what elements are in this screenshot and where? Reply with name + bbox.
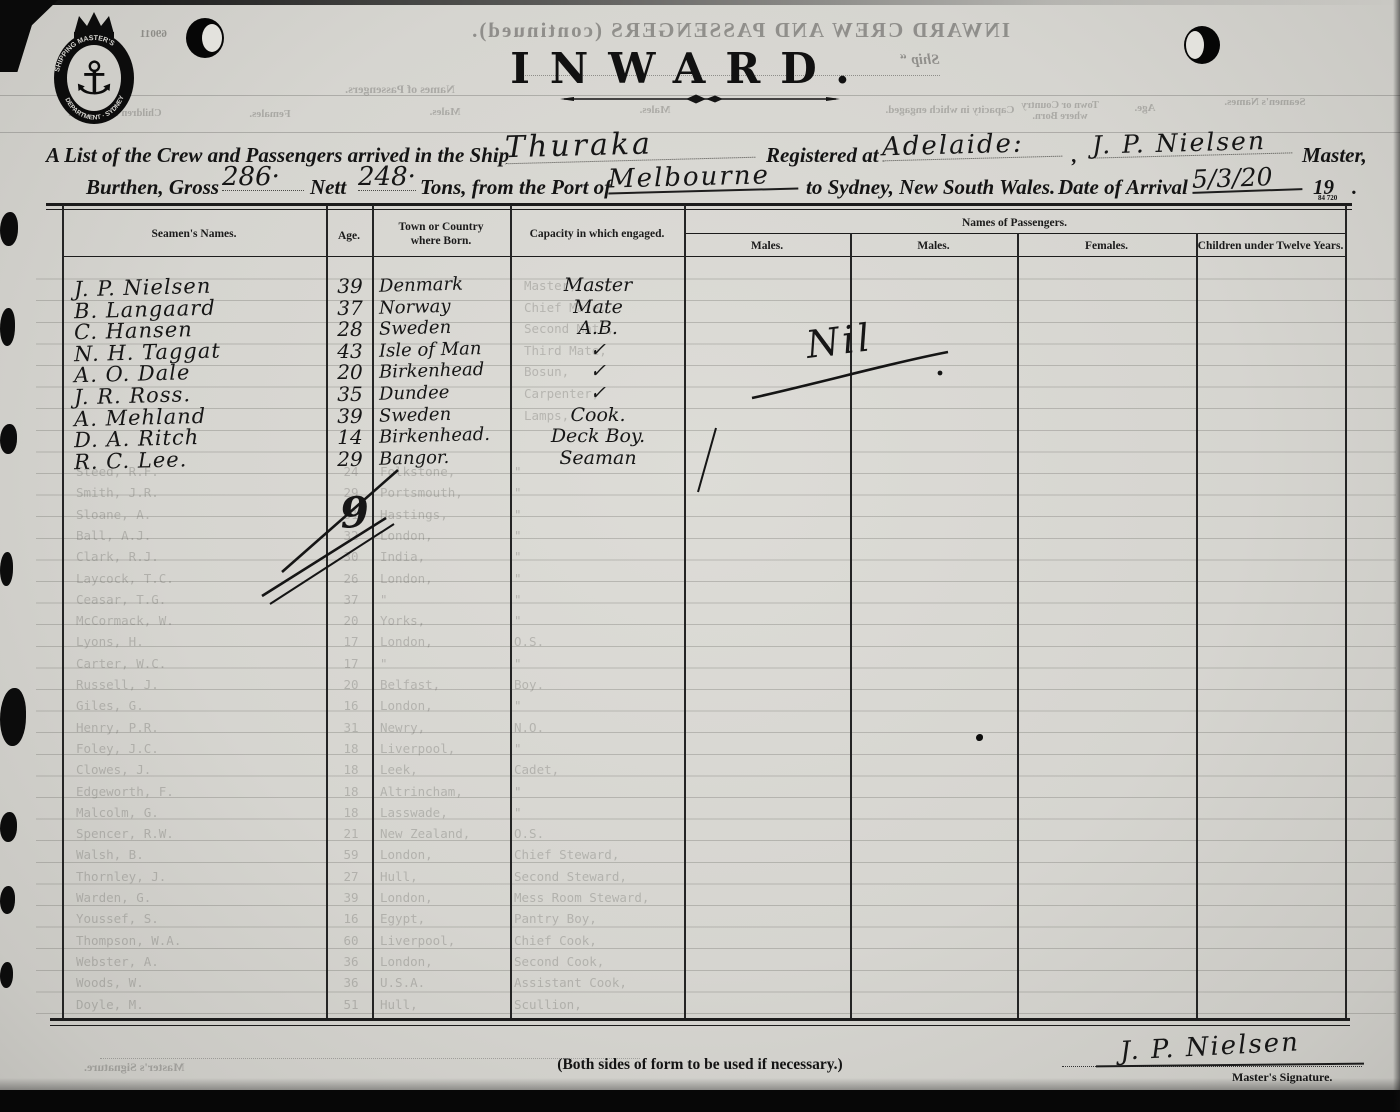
scan-edge-bottom (0, 1090, 1400, 1112)
handwriting-strokes (0, 0, 1400, 1112)
ink-blot-7 (0, 886, 15, 914)
bleed-signature-line (100, 1058, 640, 1059)
ink-speck (976, 734, 983, 741)
scan-edge-top (0, 0, 1400, 5)
manifest-document: INWARD CREW AND PASSENGERS (continued). … (0, 0, 1400, 1112)
scan-edge-right (1393, 0, 1400, 1112)
bleed-master-signature-label: Master's Signature. (84, 1060, 184, 1075)
ink-blot-2 (0, 308, 15, 346)
ink-blot-8 (0, 962, 13, 988)
ink-blot-1 (0, 212, 18, 246)
ink-blot-3 (0, 424, 17, 454)
ink-blot-4 (0, 552, 13, 586)
scan-edge-bottom-shadow (0, 1078, 1400, 1090)
ink-blot-6 (0, 812, 17, 842)
ink-blot-5 (0, 688, 26, 746)
